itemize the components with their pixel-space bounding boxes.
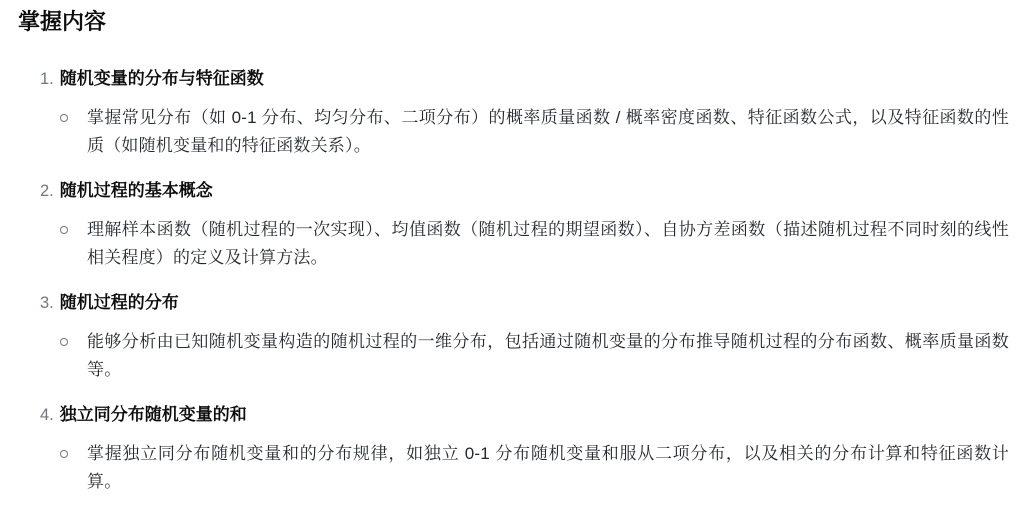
item-number: 1. [40,67,54,91]
item-number: 3. [40,291,54,315]
bullet-text: 理解样本函数（随机过程的一次实现）、均值函数（随机过程的期望函数）、自协方差函数… [87,216,1009,272]
sub-bullet: 能够分析由已知随机变量构造的随机过程的一维分布，包括通过随机变量的分布推导随机过… [60,328,1011,384]
item-heading: 随机过程的分布 [60,291,179,315]
sub-bullet: 掌握独立同分布随机变量和的分布规律，如独立 0-1 分布随机变量和服从二项分布，… [60,440,1011,496]
list-item-head: 1. 随机变量的分布与特征函数 [40,67,1011,91]
list-item-head: 4. 独立同分布随机变量的和 [40,403,1011,427]
circle-bullet-icon [60,338,68,346]
document-page: 掌握内容 1. 随机变量的分布与特征函数 掌握常见分布（如 0-1 分布、均匀分… [0,0,1031,496]
item-heading: 随机过程的基本概念 [60,179,213,203]
item-number: 2. [40,179,54,203]
item-heading: 随机变量的分布与特征函数 [60,67,264,91]
list-item-head: 3. 随机过程的分布 [40,291,1011,315]
bullet-text: 掌握常见分布（如 0-1 分布、均匀分布、二项分布）的概率质量函数 / 概率密度… [87,104,1009,160]
list-item: 2. 随机过程的基本概念 理解样本函数（随机过程的一次实现）、均值函数（随机过程… [18,179,1011,272]
item-number: 4. [40,403,54,427]
bullet-text: 掌握独立同分布随机变量和的分布规律，如独立 0-1 分布随机变量和服从二项分布，… [87,440,1009,496]
sub-bullet: 掌握常见分布（如 0-1 分布、均匀分布、二项分布）的概率质量函数 / 概率密度… [60,104,1011,160]
bullet-text: 能够分析由已知随机变量构造的随机过程的一维分布，包括通过随机变量的分布推导随机过… [87,328,1009,384]
mastery-list: 1. 随机变量的分布与特征函数 掌握常见分布（如 0-1 分布、均匀分布、二项分… [18,67,1011,496]
list-item-head: 2. 随机过程的基本概念 [40,179,1011,203]
sub-bullet: 理解样本函数（随机过程的一次实现）、均值函数（随机过程的期望函数）、自协方差函数… [60,216,1011,272]
circle-bullet-icon [60,450,68,458]
list-item: 4. 独立同分布随机变量的和 掌握独立同分布随机变量和的分布规律，如独立 0-1… [18,403,1011,496]
list-item: 3. 随机过程的分布 能够分析由已知随机变量构造的随机过程的一维分布，包括通过随… [18,291,1011,384]
circle-bullet-icon [60,114,68,122]
list-item: 1. 随机变量的分布与特征函数 掌握常见分布（如 0-1 分布、均匀分布、二项分… [18,67,1011,160]
page-title: 掌握内容 [18,10,1011,34]
circle-bullet-icon [60,226,68,234]
item-heading: 独立同分布随机变量的和 [60,403,247,427]
